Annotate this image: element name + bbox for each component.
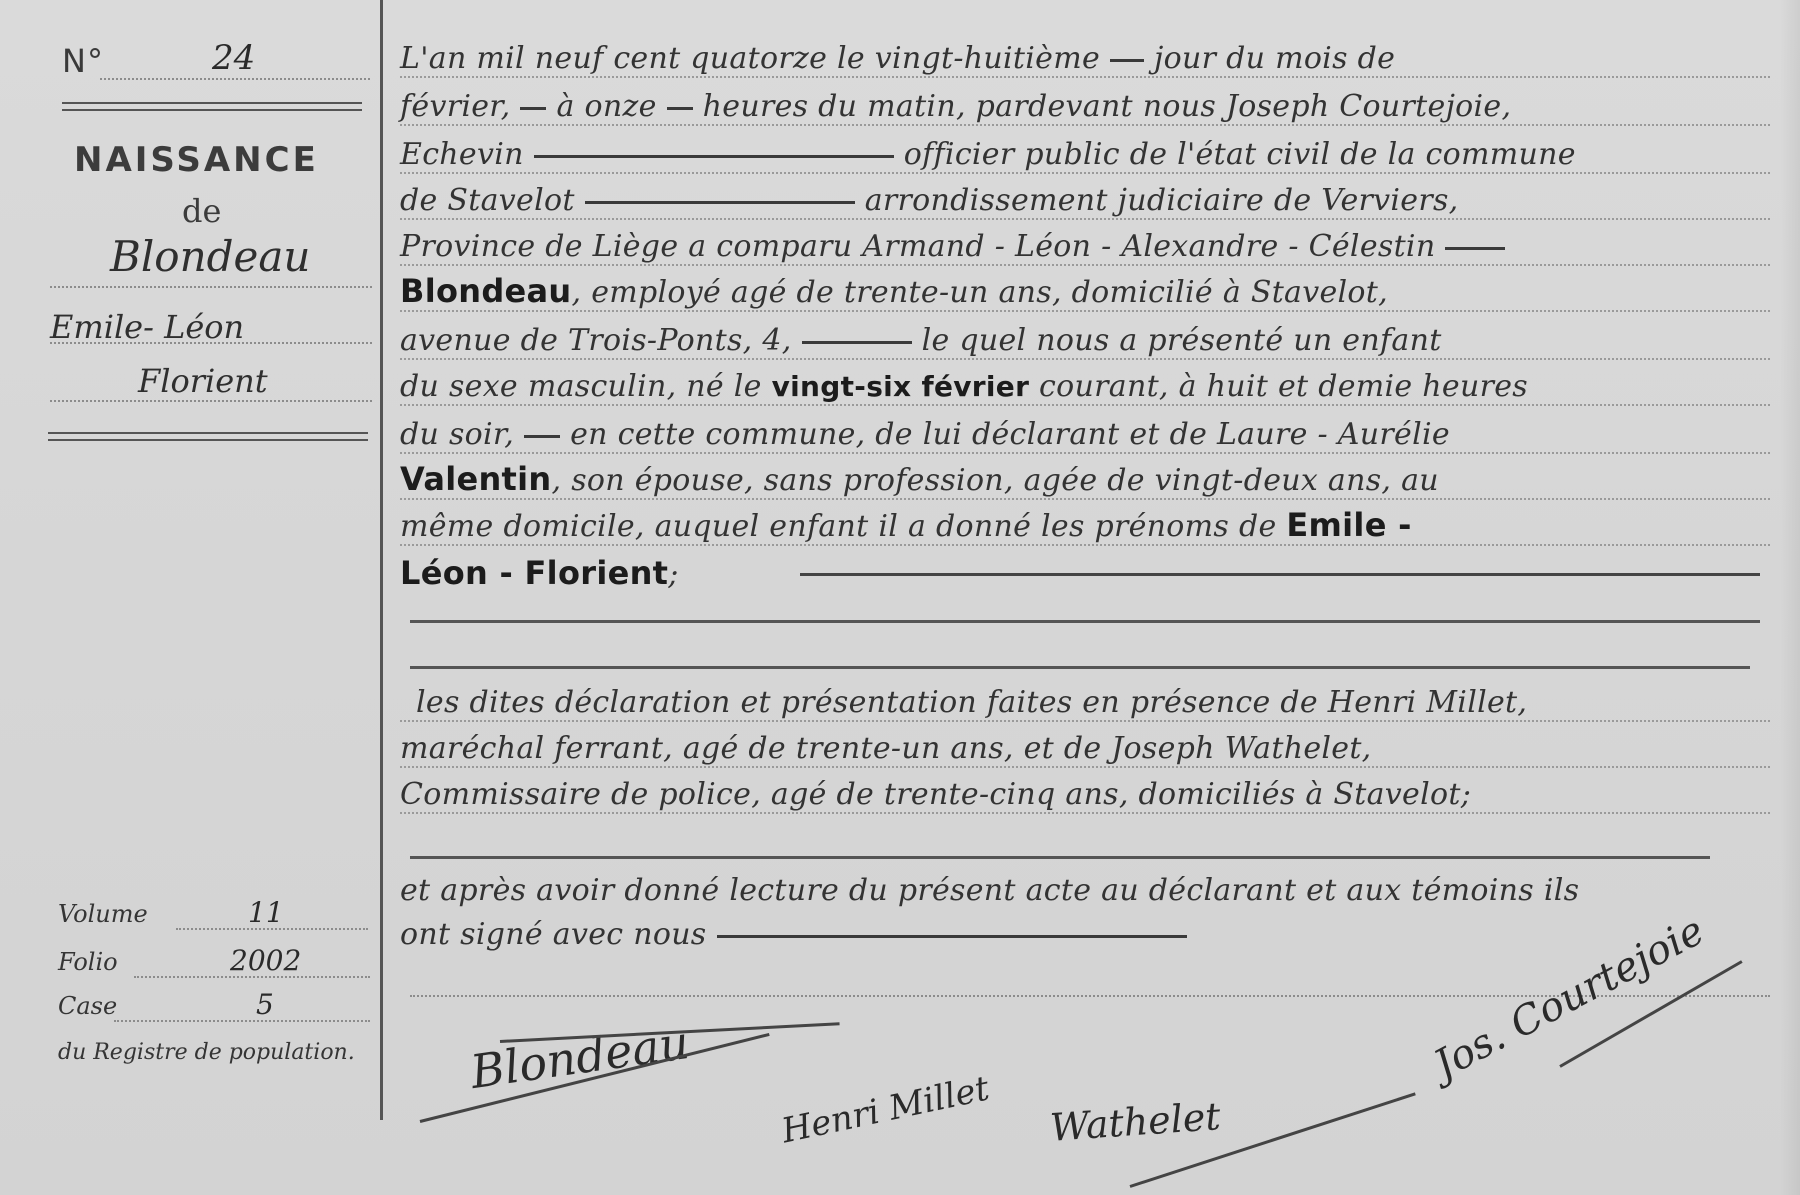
margin-column: N° 24 NAISSANCE de Blondeau Emile- Léon …: [0, 0, 378, 1195]
folio-label: Folio: [58, 948, 118, 976]
body-line-5: Province de Liège a comparu Armand - Léo…: [400, 224, 1770, 270]
text: ont signé avec nous: [400, 917, 707, 952]
closing-line-1: et après avoir donné lecture du présent …: [400, 868, 1770, 914]
text: , employé agé de trente-un ans, domicili…: [572, 275, 1388, 310]
dotted-rule: [100, 78, 370, 80]
text: en cette commune, de lui déclarant et de…: [570, 417, 1450, 452]
text: du sexe masculin, né le: [400, 369, 762, 404]
child-given-names-cont: Léon - Florient: [400, 554, 668, 592]
body-line-3: Echevinofficier public de l'état civil d…: [400, 132, 1770, 178]
section-rule: [410, 856, 1710, 859]
text: et après avoir donné lecture du présent …: [400, 873, 1579, 908]
register-footer: du Registre de population.: [58, 1040, 355, 1065]
text: du soir,: [400, 417, 514, 452]
text: de Stavelot: [400, 183, 575, 218]
double-rule: [62, 102, 362, 111]
witness-line-1: les dites déclaration et présentation fa…: [400, 680, 1770, 726]
text: avenue de Trois-Ponts, 4,: [400, 323, 792, 358]
child-given-name: Emile -: [1286, 506, 1411, 544]
section-rule: [410, 620, 1760, 623]
dotted-rule: [134, 976, 370, 978]
acte-number-label: N°: [62, 42, 104, 80]
text: ;: [668, 557, 678, 592]
fill-rule: [800, 573, 1760, 576]
text: maréchal ferrant, agé de trente-un ans, …: [400, 731, 1372, 766]
record-type-label: NAISSANCE: [74, 140, 319, 180]
acte-number-row: N° 24: [62, 38, 372, 82]
margin-surname: Blondeau: [110, 232, 310, 281]
dotted-rule: [114, 1020, 370, 1022]
text: les dites déclaration et présentation fa…: [416, 685, 1527, 720]
father-surname: Blondeau: [400, 272, 572, 310]
mother-surname: Valentin: [400, 460, 552, 498]
body-line-6: Blondeau, employé agé de trente-un ans, …: [400, 270, 1770, 316]
acte-number-value: 24: [212, 38, 255, 78]
text: février,: [400, 89, 510, 124]
case-label: Case: [58, 992, 117, 1020]
dotted-rule: [50, 286, 372, 288]
column-divider: [380, 0, 383, 1120]
section-rule: [410, 666, 1750, 669]
case-value: 5: [256, 988, 274, 1021]
text: le quel nous a présenté un enfant: [922, 323, 1442, 358]
dotted-rule: [50, 342, 372, 344]
body-line-1: L'an mil neuf cent quatorze le vingt-hui…: [400, 36, 1770, 82]
page-edge-shadow: [1780, 0, 1800, 1195]
text: heures du matin, pardevant nous Joseph C…: [703, 89, 1512, 124]
volume-label: Volume: [58, 900, 148, 928]
body-line-2: février,à onzeheures du matin, pardevant…: [400, 84, 1770, 130]
body-line-4: de Stavelotarrondissement judiciaire de …: [400, 178, 1770, 224]
register-folio-row: Folio 2002: [58, 948, 370, 984]
double-rule: [48, 432, 368, 441]
witness-line-2: maréchal ferrant, agé de trente-un ans, …: [400, 726, 1770, 772]
text: Echevin: [400, 137, 524, 172]
text: jour du mois de: [1154, 41, 1395, 76]
register-case-row: Case 5: [58, 992, 370, 1028]
witness-line-3: Commissaire de police, agé de trente-cin…: [400, 772, 1770, 818]
text: à onze: [556, 89, 656, 124]
folio-value: 2002: [230, 944, 301, 977]
body-line-11: même domicile, auquel enfant il a donné …: [400, 504, 1770, 550]
birth-date: vingt-six février: [772, 370, 1030, 403]
text: officier public de l'état civil de la co…: [904, 137, 1576, 172]
register-volume-row: Volume 11: [58, 900, 370, 936]
text: même domicile, auquel enfant il a donné …: [400, 509, 1277, 544]
margin-given-names-2: Florient: [138, 362, 268, 400]
text: Province de Liège a comparu Armand - Léo…: [400, 229, 1435, 264]
dotted-rule: [50, 400, 372, 402]
text: courant, à huit et demie heures: [1039, 369, 1528, 404]
volume-value: 11: [248, 896, 284, 929]
body-line-9: du soir,en cette commune, de lui déclara…: [400, 412, 1770, 458]
text: L'an mil neuf cent quatorze le vingt-hui…: [400, 41, 1100, 76]
record-type-de: de: [182, 192, 221, 230]
dotted-rule: [176, 928, 368, 930]
body-line-10: Valentin, son épouse, sans profession, a…: [400, 458, 1770, 504]
text: arrondissement judiciaire de Verviers,: [865, 183, 1459, 218]
body-line-7: avenue de Trois-Ponts, 4,le quel nous a …: [400, 318, 1770, 364]
text: , son épouse, sans profession, agée de v…: [552, 463, 1439, 498]
text: Commissaire de police, agé de trente-cin…: [400, 777, 1471, 812]
margin-given-names-1: Emile- Léon: [50, 308, 244, 346]
body-line-8: du sexe masculin, né le vingt-six févrie…: [400, 364, 1770, 410]
closing-line-2: ont signé avec nous: [400, 912, 1770, 958]
